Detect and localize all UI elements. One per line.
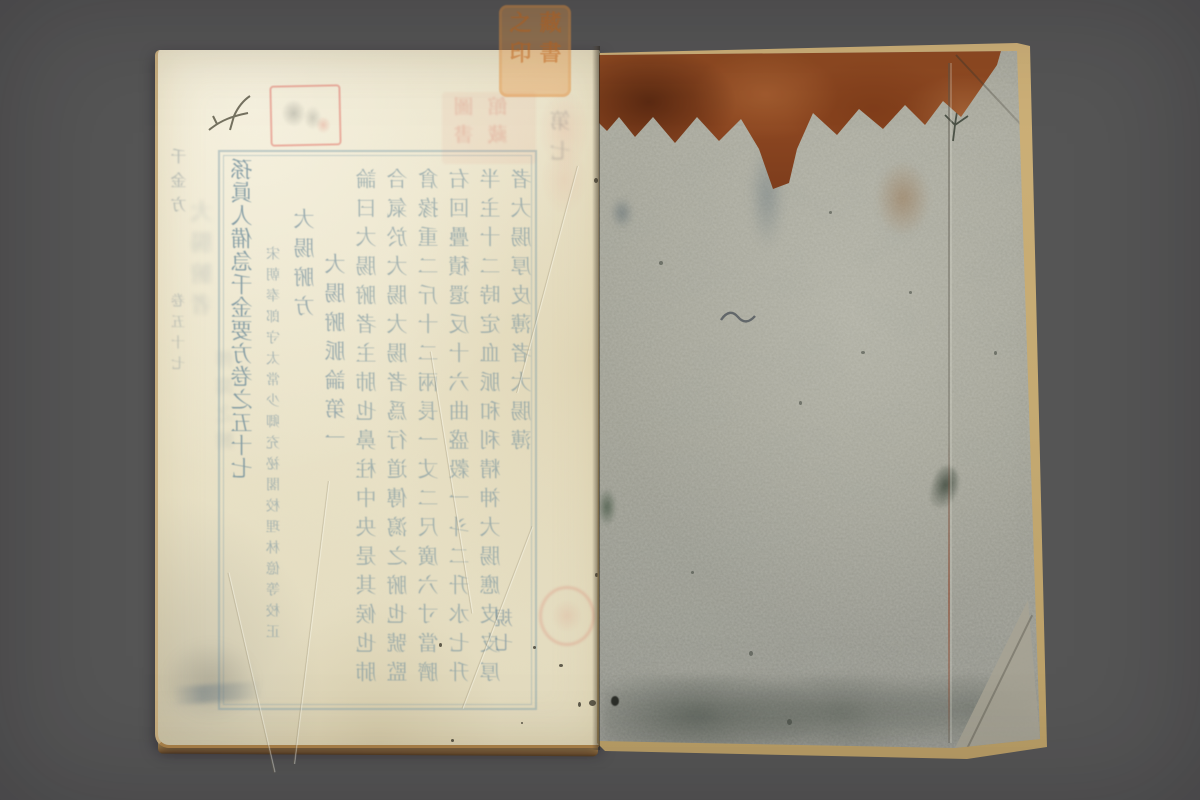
speck — [749, 651, 753, 656]
inner-back-cover — [597, 43, 1047, 759]
body-column: 合氣於大腸大腸者爲行道傳瀉之腑也號監 — [383, 158, 414, 702]
red-ring-seal — [539, 586, 595, 646]
mirrored-text-block: 孫眞人備急千金要方卷之五十七 宋朝奉郎守太常少卿充祕閣校理林億等校正 大腸腑方 … — [228, 158, 527, 702]
dark-green-blot — [926, 463, 964, 511]
seal-inner-marks — [275, 90, 335, 140]
section-column: 大腸腑方 — [290, 158, 321, 702]
ghost-showthrough-text: 大腸腑者 — [188, 200, 219, 324]
speck — [578, 702, 581, 707]
spine-showthrough-text: 卷五十七 — [169, 293, 189, 377]
cover-texture — [599, 51, 1040, 751]
speck — [994, 351, 997, 355]
speck — [439, 643, 442, 647]
twig-debris-mark — [203, 88, 265, 146]
body-column: 論曰大腸腑者主肺也鼻柱中央是其候也肺 — [352, 158, 383, 702]
brown-stain-patch — [871, 159, 935, 247]
ink-squiggle-mark — [719, 307, 759, 329]
body-column: 倉掾重二斤十二兩長一丈二尺廣六寸當臍 — [414, 158, 445, 702]
grey-fibrous-paper — [599, 51, 1040, 751]
showthrough-text-frame: 孫眞人備急千金要方卷之五十七 宋朝奉郎守太常少卿充祕閣校理林億等校正 大腸腑方 … — [218, 150, 537, 710]
editor-column: 宋朝奉郎守太常少卿充祕閣校理林億等校正 — [259, 158, 290, 702]
black-spot — [611, 696, 619, 706]
speck — [533, 646, 536, 649]
speck — [659, 261, 663, 265]
speck — [829, 211, 832, 214]
bottom-corner-fold — [599, 51, 1040, 751]
grime-smudge — [164, 632, 269, 728]
red-showthrough-seal: 圖書館藏 — [442, 92, 536, 164]
blue-grey-smudge — [609, 195, 635, 231]
orange-watermark-seal: 藏書之印 — [499, 5, 571, 97]
ghost-showthrough-text: 傳瀉之腑 — [214, 350, 240, 458]
speck — [559, 664, 563, 667]
left-page: 孫眞人備急千金要方卷之五十七 宋朝奉郎守太常少卿充祕閣校理林億等校正 大腸腑方 … — [155, 50, 600, 748]
speck — [691, 571, 694, 574]
speck — [861, 351, 865, 354]
vertical-crease-highlight — [950, 63, 952, 743]
speck — [521, 722, 523, 724]
section-column: 大腸腑脈論第一 — [321, 158, 352, 702]
speck — [909, 291, 912, 294]
dark-fiber-cluster — [599, 487, 619, 527]
red-outline-seal — [269, 84, 341, 146]
speck — [799, 401, 802, 405]
watermark-seal-text: 藏書之印 — [507, 11, 563, 91]
speck — [451, 739, 454, 742]
gutter-shadow — [592, 46, 600, 750]
photo-of-antique-book: 孫眞人備急千金要方卷之五十七 宋朝奉郎守太常少卿充祕閣校理林億等校正 大腸腑方 … — [0, 0, 1200, 800]
body-column: 右回疊積還反十六曲盛穀一斗二升水七升 — [445, 158, 476, 702]
faint-seal-residue — [536, 94, 592, 212]
speck — [787, 719, 792, 725]
